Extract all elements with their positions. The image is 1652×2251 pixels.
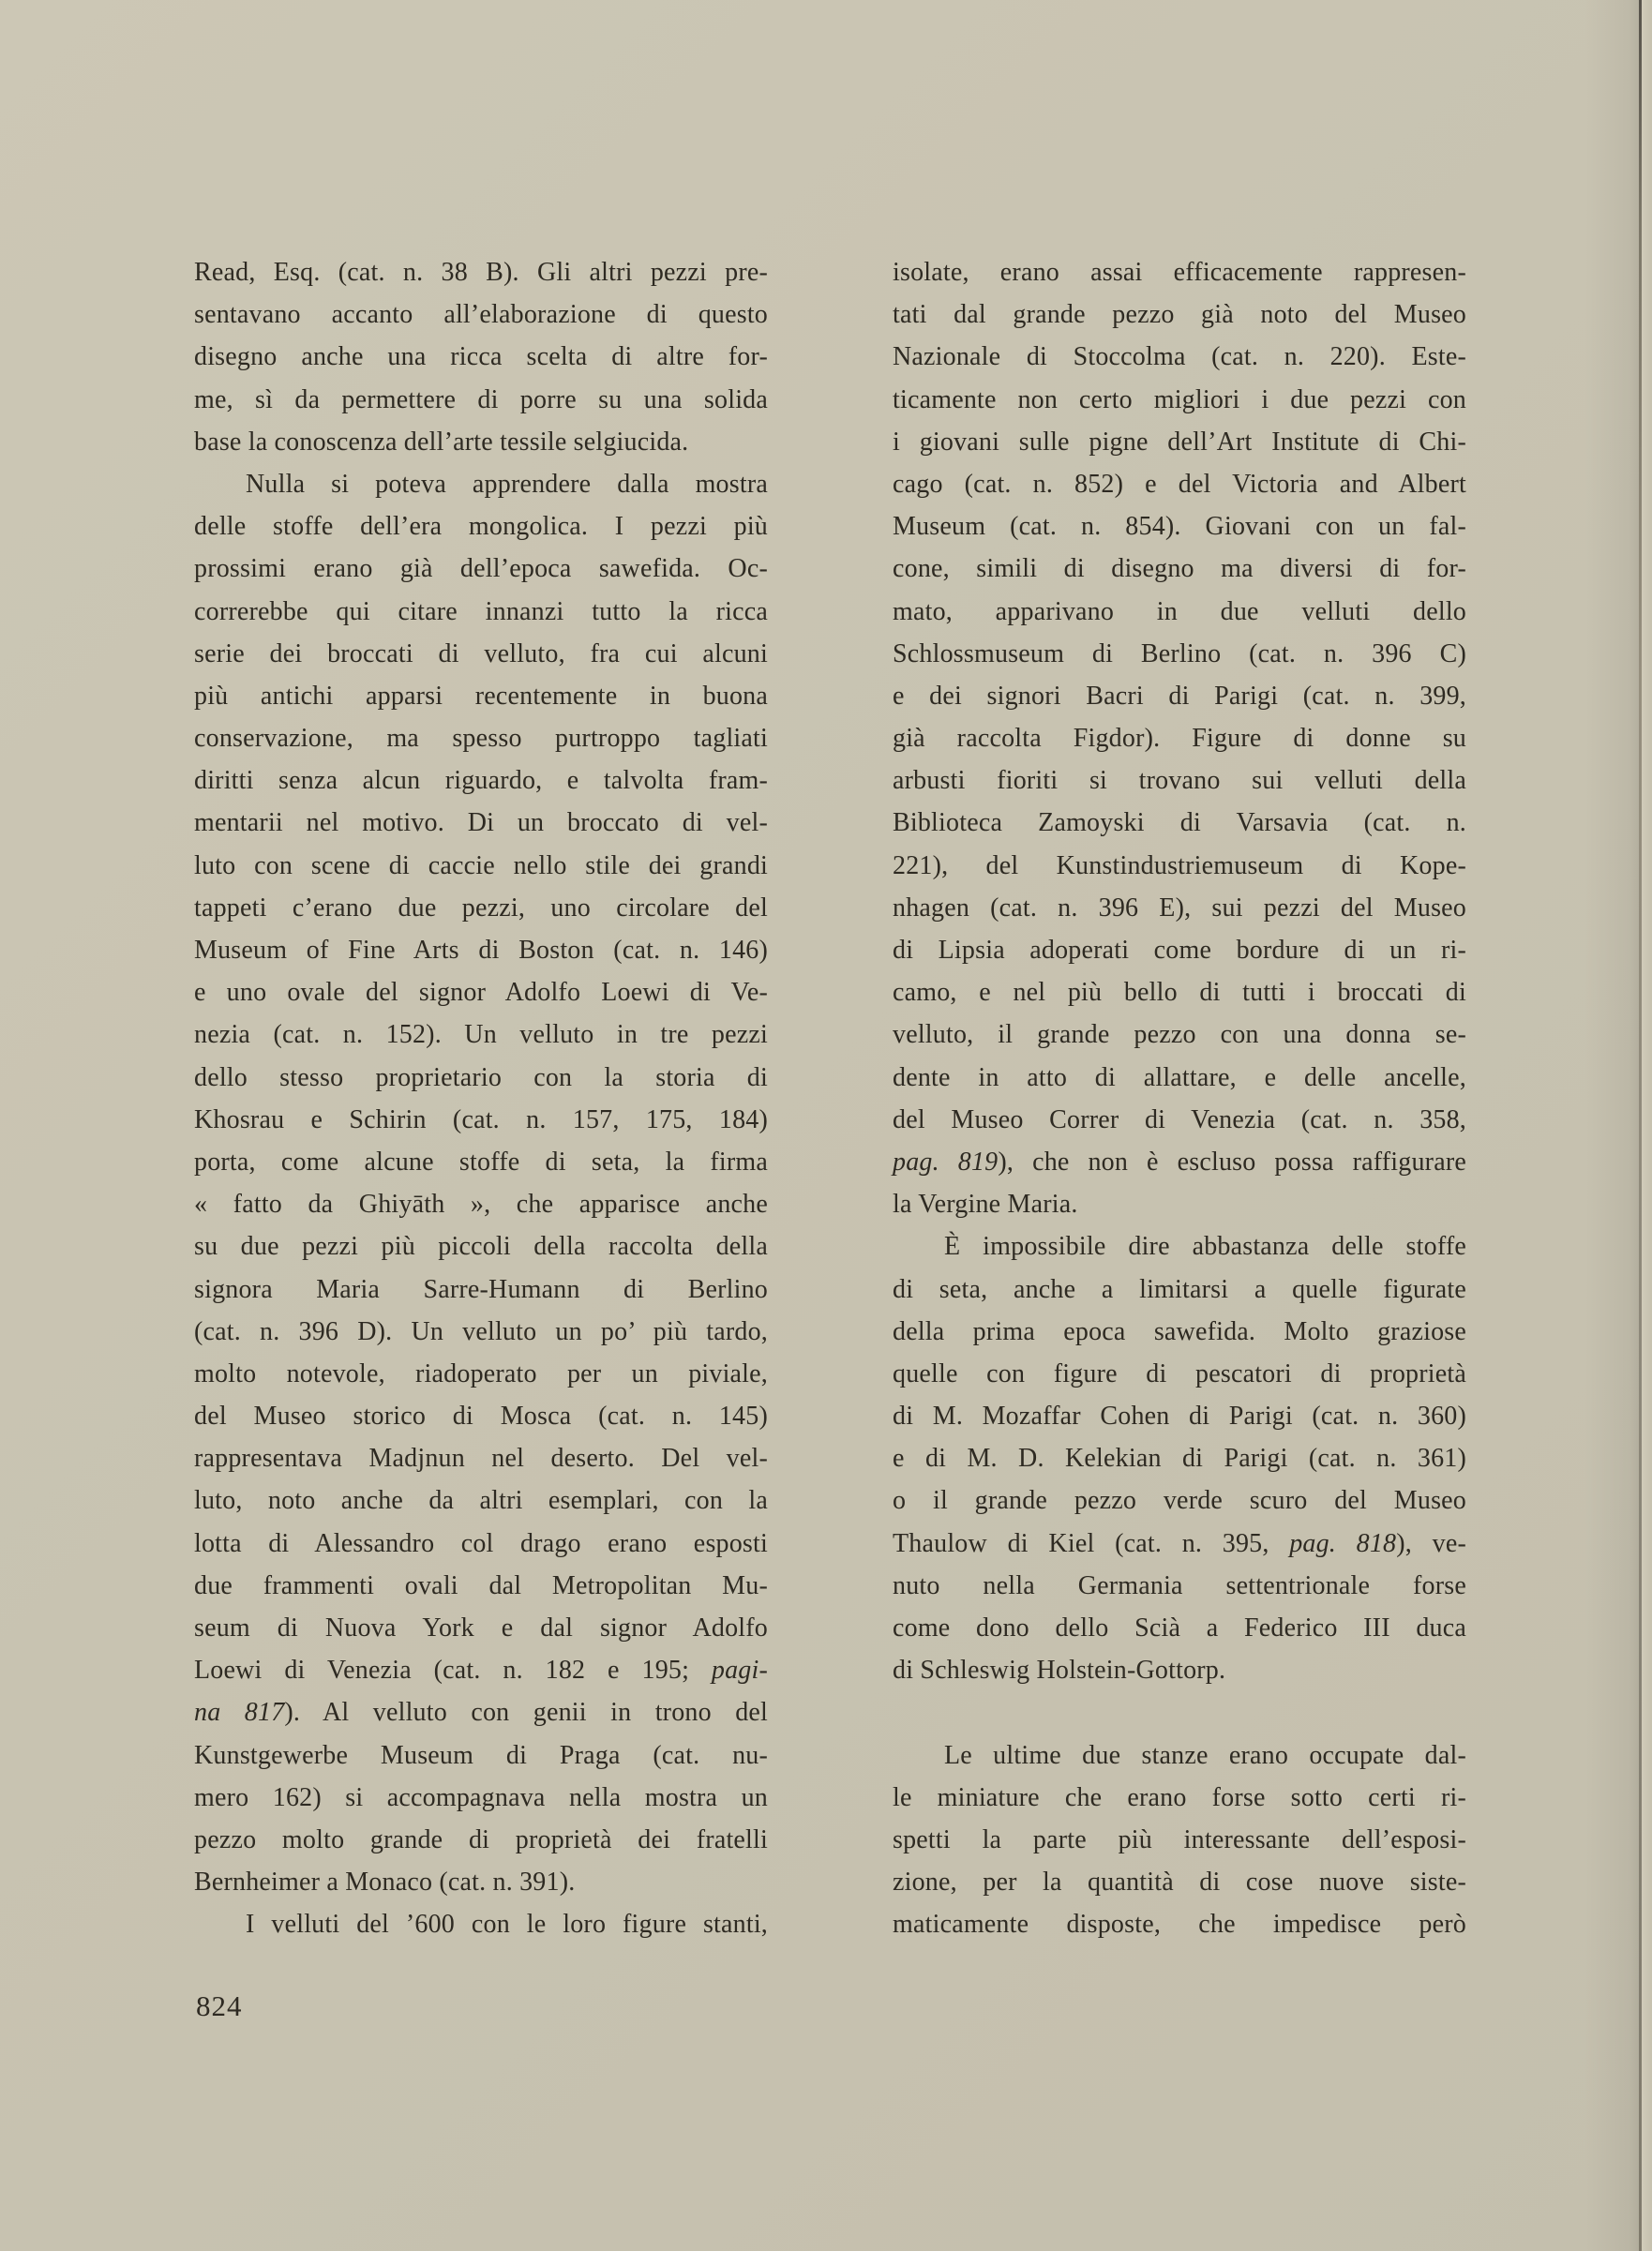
text-line: mato, apparivano in due velluti dello	[893, 591, 1466, 633]
regular-text: È impossibile dire abbastanza delle stof…	[944, 1232, 1466, 1261]
regular-text: luto con scene di caccie nello stile dei…	[194, 851, 768, 880]
regular-text: come dono dello Scià a Federico III duca	[893, 1613, 1466, 1643]
text-line: sentavano accanto all’elaborazione di qu…	[194, 293, 768, 336]
text-line: già raccolta Figdor). Figure di donne su	[893, 717, 1466, 759]
regular-text: di Lipsia adoperati come bordure di un r…	[893, 936, 1466, 965]
regular-text: seum di Nuova York e dal signor Adolfo	[194, 1613, 768, 1643]
text-line: mentarii nel motivo. Di un broccato di v…	[194, 802, 768, 844]
text-line: tati dal grande pezzo già noto del Museo	[893, 293, 1466, 336]
regular-text: lotta di Alessandro col drago erano espo…	[194, 1529, 768, 1558]
text-line: Nazionale di Stoccolma (cat. n. 220). Es…	[893, 336, 1466, 378]
regular-text: più antichi apparsi recentemente in buon…	[194, 682, 768, 711]
text-line: na 817). Al velluto con genii in trono d…	[194, 1691, 768, 1733]
regular-text: maticamente disposte, che impedisce però	[893, 1910, 1466, 1939]
text-line: cone, simili di disegno ma diversi di fo…	[893, 548, 1466, 590]
text-line: signora Maria Sarre-Humann di Berlino	[194, 1268, 768, 1311]
regular-text: nezia (cat. n. 152). Un velluto in tre p…	[194, 1020, 768, 1049]
regular-text: cago (cat. n. 852) e del Victoria and Al…	[893, 470, 1466, 499]
regular-text: serie dei broccati di velluto, fra cui a…	[194, 639, 768, 668]
text-line: Thaulow di Kiel (cat. n. 395, pag. 818),…	[893, 1523, 1466, 1565]
regular-text: Schlossmuseum di Berlino (cat. n. 396 C)	[893, 639, 1466, 668]
regular-text: ). Al velluto con genii in trono del	[284, 1698, 768, 1727]
regular-text: delle stoffe dell’era mongolica. I pezzi…	[194, 512, 768, 541]
regular-text: mato, apparivano in due velluti dello	[893, 597, 1466, 626]
text-line: Read, Esq. (cat. n. 38 B). Gli altri pez…	[194, 251, 768, 293]
text-line: (cat. n. 396 D). Un velluto un po’ più t…	[194, 1311, 768, 1353]
text-line: I velluti del ’600 con le loro figure st…	[194, 1903, 768, 1945]
text-line: due frammenti ovali dal Metropolitan Mu-	[194, 1565, 768, 1607]
regular-text: cone, simili di disegno ma diversi di fo…	[893, 554, 1466, 583]
text-line: disegno anche una ricca scelta di altre …	[194, 336, 768, 378]
regular-text: ), ve-	[1396, 1529, 1466, 1558]
regular-text: signora Maria Sarre-Humann di Berlino	[194, 1275, 768, 1304]
regular-text: la Vergine Maria.	[893, 1190, 1078, 1219]
text-line: del Museo Correr di Venezia (cat. n. 358…	[893, 1099, 1466, 1141]
page-edge-shading	[1584, 0, 1641, 2251]
regular-text: di M. Mozaffar Cohen di Parigi (cat. n. …	[893, 1402, 1466, 1431]
regular-text: dello stesso proprietario con la storia …	[194, 1063, 768, 1092]
text-line: come dono dello Scià a Federico III duca	[893, 1607, 1466, 1649]
regular-text: luto, noto anche da altri esemplari, con…	[194, 1486, 768, 1515]
regular-text: Nazionale di Stoccolma (cat. n. 220). Es…	[893, 342, 1466, 371]
text-line: di seta, anche a limitarsi a quelle figu…	[893, 1268, 1466, 1311]
text-line: o il grande pezzo verde scuro del Museo	[893, 1479, 1466, 1522]
text-line: spetti la parte più interessante dell’es…	[893, 1819, 1466, 1861]
text-line: È impossibile dire abbastanza delle stof…	[893, 1225, 1466, 1268]
regular-text: pezzo molto grande di proprietà dei frat…	[194, 1825, 768, 1854]
regular-text: Kunstgewerbe Museum di Praga (cat. nu-	[194, 1741, 768, 1770]
text-line: delle stoffe dell’era mongolica. I pezzi…	[194, 505, 768, 548]
regular-text: isolate, erano assai efficacemente rappr…	[893, 258, 1466, 287]
regular-text: 221), del Kunstindustriemuseum di Kope-	[893, 851, 1466, 880]
text-line: arbusti fioriti si trovano sui velluti d…	[893, 759, 1466, 802]
text-line: Khosrau e Schirin (cat. n. 157, 175, 184…	[194, 1099, 768, 1141]
regular-text: velluto, il grande pezzo con una donna s…	[893, 1020, 1466, 1049]
regular-text: (cat. n. 396 D). Un velluto un po’ più t…	[194, 1317, 768, 1346]
text-line: zione, per la quantità di cose nuove sis…	[893, 1861, 1466, 1903]
book-page-scan: Read, Esq. (cat. n. 38 B). Gli altri pez…	[0, 0, 1652, 2251]
regular-text: Thaulow di Kiel (cat. n. 395,	[893, 1529, 1289, 1558]
regular-text: o il grande pezzo verde scuro del Museo	[893, 1486, 1466, 1515]
text-line: e dei signori Bacri di Parigi (cat. n. 3…	[893, 675, 1466, 717]
text-line: la Vergine Maria.	[893, 1183, 1466, 1225]
text-line: rappresentava Madjnun nel deserto. Del v…	[194, 1437, 768, 1479]
regular-text: quelle con figure di pescatori di propri…	[893, 1359, 1466, 1388]
regular-text: di seta, anche a limitarsi a quelle figu…	[893, 1275, 1466, 1304]
text-line: lotta di Alessandro col drago erano espo…	[194, 1523, 768, 1565]
text-line: Bernheimer a Monaco (cat. n. 391).	[194, 1861, 768, 1903]
regular-text: Read, Esq. (cat. n. 38 B). Gli altri pez…	[194, 258, 768, 287]
text-line: pezzo molto grande di proprietà dei frat…	[194, 1819, 768, 1861]
text-line: della prima epoca sawefida. Molto grazio…	[893, 1311, 1466, 1353]
regular-text: Biblioteca Zamoyski di Varsavia (cat. n.	[893, 808, 1466, 837]
text-line: tappeti c’erano due pezzi, uno circolare…	[194, 887, 768, 929]
regular-text: arbusti fioriti si trovano sui velluti d…	[893, 766, 1466, 795]
regular-text: porta, come alcune stoffe di seta, la fi…	[194, 1148, 768, 1177]
text-line: dente in atto di allattare, e delle ance…	[893, 1057, 1466, 1099]
text-line: Museum of Fine Arts di Boston (cat. n. 1…	[194, 929, 768, 971]
page-number: 824	[196, 1989, 243, 2023]
regular-text: nhagen (cat. n. 396 E), sui pezzi del Mu…	[893, 893, 1466, 923]
text-line: luto con scene di caccie nello stile dei…	[194, 845, 768, 887]
regular-text: del Museo storico di Mosca (cat. n. 145)	[194, 1402, 768, 1431]
blank-line	[893, 1691, 1466, 1733]
regular-text: e uno ovale del signor Adolfo Loewi di V…	[194, 978, 768, 1007]
regular-text: tati dal grande pezzo già noto del Museo	[893, 300, 1466, 329]
regular-text: molto notevole, riadoperato per un pivia…	[194, 1359, 768, 1388]
text-line: velluto, il grande pezzo con una donna s…	[893, 1013, 1466, 1056]
text-line: luto, noto anche da altri esemplari, con…	[194, 1479, 768, 1522]
text-line: mero 162) si accompagnava nella mostra u…	[194, 1777, 768, 1819]
page-edge-strip	[1642, 0, 1652, 2251]
regular-text: dente in atto di allattare, e delle ance…	[893, 1063, 1466, 1092]
regular-text: Khosrau e Schirin (cat. n. 157, 175, 184…	[194, 1105, 768, 1134]
regular-text: ticamente non certo migliori i due pezzi…	[893, 385, 1466, 414]
regular-text: nuto nella Germania settentrionale forse	[893, 1571, 1466, 1600]
regular-text: tappeti c’erano due pezzi, uno circolare…	[194, 893, 768, 923]
text-line: nhagen (cat. n. 396 E), sui pezzi del Mu…	[893, 887, 1466, 929]
text-line: di Schleswig Holstein-Gottorp.	[893, 1649, 1466, 1691]
regular-text: due frammenti ovali dal Metropolitan Mu-	[194, 1571, 768, 1600]
text-line: serie dei broccati di velluto, fra cui a…	[194, 633, 768, 675]
regular-text: Museum (cat. n. 854). Giovani con un fal…	[893, 512, 1466, 541]
text-line: più antichi apparsi recentemente in buon…	[194, 675, 768, 717]
right-text-column: isolate, erano assai efficacemente rappr…	[893, 251, 1466, 1946]
text-line: molto notevole, riadoperato per un pivia…	[194, 1353, 768, 1395]
text-line: Kunstgewerbe Museum di Praga (cat. nu-	[194, 1734, 768, 1777]
text-line: e uno ovale del signor Adolfo Loewi di V…	[194, 971, 768, 1013]
text-line: dello stesso proprietario con la storia …	[194, 1057, 768, 1099]
regular-text: Bernheimer a Monaco (cat. n. 391).	[194, 1868, 575, 1897]
text-line: Biblioteca Zamoyski di Varsavia (cat. n.	[893, 802, 1466, 844]
text-line: porta, come alcune stoffe di seta, la fi…	[194, 1141, 768, 1183]
regular-text: e di M. D. Kelekian di Parigi (cat. n. 3…	[893, 1444, 1466, 1473]
text-line: « fatto da Ghiyāth », che apparisce anch…	[194, 1183, 768, 1225]
text-line: isolate, erano assai efficacemente rappr…	[893, 251, 1466, 293]
regular-text: camo, e nel più bello di tutti i broccat…	[893, 978, 1466, 1007]
regular-text: della prima epoca sawefida. Molto grazio…	[893, 1317, 1466, 1346]
regular-text: spetti la parte più interessante dell’es…	[893, 1825, 1466, 1854]
text-line: nezia (cat. n. 152). Un velluto in tre p…	[194, 1013, 768, 1056]
text-line: diritti senza alcun riguardo, e talvolta…	[194, 759, 768, 802]
regular-text: prossimi erano già dell’epoca sawefida. …	[194, 554, 768, 583]
text-line: base la conoscenza dell’arte tessile sel…	[194, 421, 768, 463]
italic-text: pag. 818	[1289, 1529, 1396, 1558]
text-line: Nulla si poteva apprendere dalla mostra	[194, 463, 768, 505]
regular-text: sentavano accanto all’elaborazione di qu…	[194, 300, 768, 329]
regular-text: su due pezzi più piccoli della raccolta …	[194, 1232, 768, 1261]
regular-text: diritti senza alcun riguardo, e talvolta…	[194, 766, 768, 795]
regular-text: già raccolta Figdor). Figure di donne su	[893, 724, 1466, 753]
text-line: quelle con figure di pescatori di propri…	[893, 1353, 1466, 1395]
left-text-column: Read, Esq. (cat. n. 38 B). Gli altri pez…	[194, 251, 768, 1946]
regular-text: Nulla si poteva apprendere dalla mostra	[246, 470, 768, 499]
regular-text: ), che non è escluso possa raffigurare	[998, 1148, 1466, 1177]
text-line: nuto nella Germania settentrionale forse	[893, 1565, 1466, 1607]
text-line: di M. Mozaffar Cohen di Parigi (cat. n. …	[893, 1395, 1466, 1437]
text-line: correrebbe qui citare innanzi tutto la r…	[194, 591, 768, 633]
regular-text: I velluti del ’600 con le loro figure st…	[246, 1910, 768, 1939]
text-line: camo, e nel più bello di tutti i broccat…	[893, 971, 1466, 1013]
regular-text: le miniature che erano forse sotto certi…	[893, 1783, 1466, 1812]
text-line: Museum (cat. n. 854). Giovani con un fal…	[893, 505, 1466, 548]
text-line: seum di Nuova York e dal signor Adolfo	[194, 1607, 768, 1649]
regular-text: me, sì da permettere di porre su una sol…	[194, 385, 768, 414]
text-line: ticamente non certo migliori i due pezzi…	[893, 379, 1466, 421]
regular-text: di Schleswig Holstein-Gottorp.	[893, 1656, 1225, 1685]
italic-text: pag. 819	[893, 1148, 998, 1177]
text-line: su due pezzi più piccoli della raccolta …	[194, 1225, 768, 1268]
regular-text: « fatto da Ghiyāth », che apparisce anch…	[194, 1190, 768, 1219]
regular-text: disegno anche una ricca scelta di altre …	[194, 342, 768, 371]
regular-text: zione, per la quantità di cose nuove sis…	[893, 1868, 1466, 1897]
regular-text: Le ultime due stanze erano occupate dal-	[944, 1741, 1466, 1770]
regular-text: e dei signori Bacri di Parigi (cat. n. 3…	[893, 682, 1466, 711]
regular-text: i giovani sulle pigne dell’Art Institute…	[893, 428, 1466, 457]
text-line: Schlossmuseum di Berlino (cat. n. 396 C)	[893, 633, 1466, 675]
text-line: i giovani sulle pigne dell’Art Institute…	[893, 421, 1466, 463]
text-line: Le ultime due stanze erano occupate dal-	[893, 1734, 1466, 1777]
text-line: 221), del Kunstindustriemuseum di Kope-	[893, 845, 1466, 887]
regular-text: correrebbe qui citare innanzi tutto la r…	[194, 597, 768, 626]
regular-text: del Museo Correr di Venezia (cat. n. 358…	[893, 1105, 1466, 1134]
text-line: maticamente disposte, che impedisce però	[893, 1903, 1466, 1945]
regular-text: rappresentava Madjnun nel deserto. Del v…	[194, 1444, 768, 1473]
text-line: conservazione, ma spesso purtroppo tagli…	[194, 717, 768, 759]
regular-text: mero 162) si accompagnava nella mostra u…	[194, 1783, 768, 1812]
italic-text: na 817	[194, 1698, 284, 1727]
text-line: me, sì da permettere di porre su una sol…	[194, 379, 768, 421]
text-line: di Lipsia adoperati come bordure di un r…	[893, 929, 1466, 971]
text-line: Loewi di Venezia (cat. n. 182 e 195; pag…	[194, 1649, 768, 1691]
text-line: le miniature che erano forse sotto certi…	[893, 1777, 1466, 1819]
regular-text: conservazione, ma spesso purtroppo tagli…	[194, 724, 768, 753]
text-line: pag. 819), che non è escluso possa raffi…	[893, 1141, 1466, 1183]
text-line: prossimi erano già dell’epoca sawefida. …	[194, 548, 768, 590]
regular-text: Loewi di Venezia (cat. n. 182 e 195;	[194, 1656, 712, 1685]
regular-text: Museum of Fine Arts di Boston (cat. n. 1…	[194, 936, 768, 965]
regular-text: base la conoscenza dell’arte tessile sel…	[194, 428, 688, 457]
text-line: e di M. D. Kelekian di Parigi (cat. n. 3…	[893, 1437, 1466, 1479]
text-line: cago (cat. n. 852) e del Victoria and Al…	[893, 463, 1466, 505]
regular-text: mentarii nel motivo. Di un broccato di v…	[194, 808, 768, 837]
text-line: del Museo storico di Mosca (cat. n. 145)	[194, 1395, 768, 1437]
italic-text: pagi-	[712, 1656, 768, 1685]
